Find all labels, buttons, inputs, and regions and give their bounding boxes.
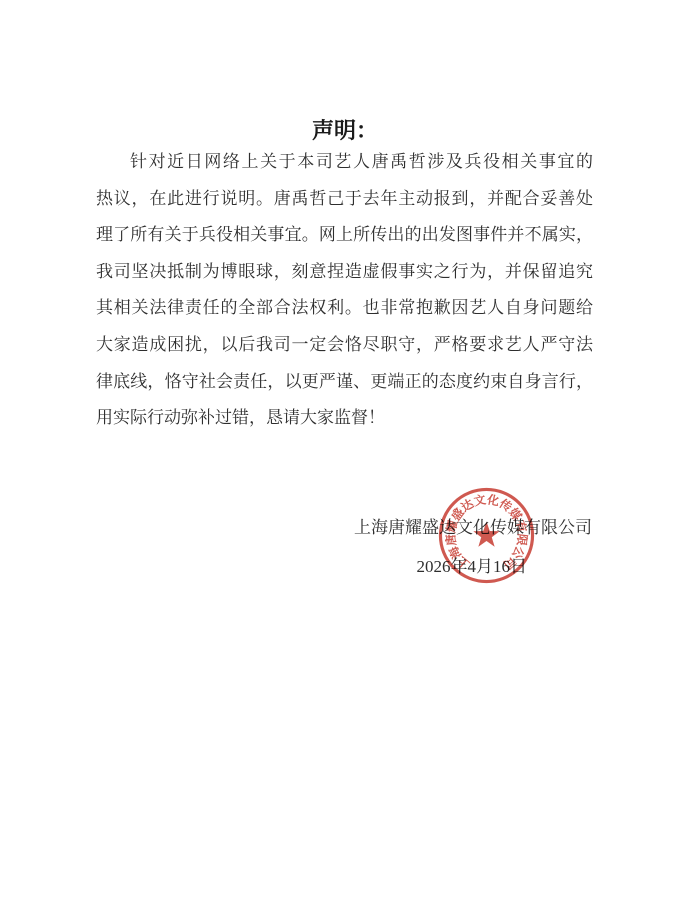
body-line: 其相关法律责任的全部合法权利。也非常抱歉因艺人自身问题给 (96, 290, 593, 327)
body-line: 用实际行动弥补过错，恳请大家监督！ (96, 400, 593, 437)
statement-body: 针对近日网络上关于本司艺人唐禹哲涉及兵役相关事宜的 热议，在此进行说明。唐禹哲己… (96, 144, 593, 437)
statement-document: 声明： 针对近日网络上关于本司艺人唐禹哲涉及兵役相关事宜的 热议，在此进行说明。… (0, 0, 690, 921)
body-line: 大家造成困扰，以后我司一定会恪尽职守，严格要求艺人严守法 (96, 327, 593, 364)
statement-title: 声明： (0, 118, 690, 144)
statement-date: 2026年4月16日 (0, 554, 690, 580)
body-line: 律底线，恪守社会责任，以更严谨、更端正的态度约束自身言行， (96, 364, 593, 401)
body-line: 热议，在此进行说明。唐禹哲己于去年主动报到，并配合妥善处 (96, 181, 593, 218)
body-line: 我司坚决抵制为博眼球，刻意捏造虚假事实之行为，并保留追究 (96, 254, 593, 291)
body-line: 针对近日网络上关于本司艺人唐禹哲涉及兵役相关事宜的 (96, 144, 593, 181)
body-line: 理了所有关于兵役相关事宜。网上所传出的出发图事件并不属实， (96, 217, 593, 254)
company-signature: 上海唐耀盛达文化传媒有限公司 (0, 515, 690, 541)
